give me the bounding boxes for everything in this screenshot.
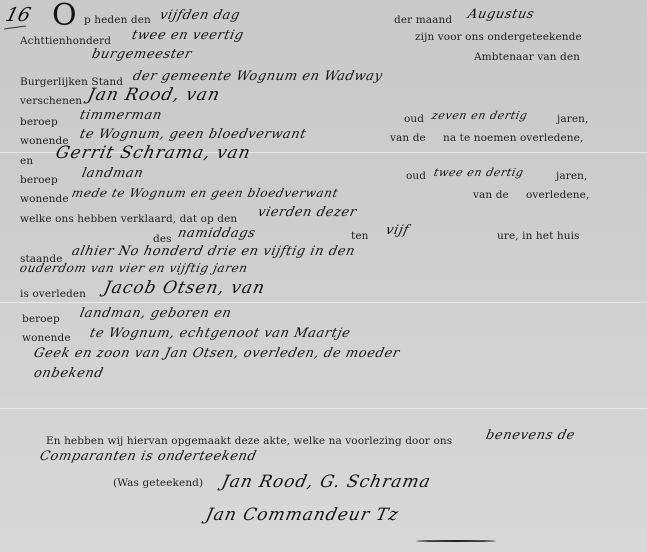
hw-day: vijfden dag [158,8,241,23]
signature-official: Jan Commandeur Tz [204,505,401,525]
label-zijn-voor-ons: zijn voor ons ondergeteekende [415,31,582,43]
label-wonende-3: wonende [22,332,71,344]
label-en: en [20,155,33,167]
hw-informant-2-age: twee en dertig [433,166,525,179]
hw-official: burgemeester [90,47,193,62]
hw-informant-1-age: zeven en dertig [431,109,529,122]
signature-flourish [416,540,496,542]
hw-deceased-name: Jacob Otsen, van [102,278,267,298]
hw-informant-2-residence: mede te Wognum en geen bloedverwant [71,186,340,200]
label-van-de-2: van de [473,189,509,201]
label-van-de-1: van de [390,132,426,144]
hw-deceased-occupation: landman, geboren en [78,306,233,321]
hw-time-of-day: namiddags [176,226,257,241]
label-achttienhonderd: Achttienhonderd [20,35,111,47]
paper-line [0,302,647,303]
hw-hour: vijf [384,223,410,238]
hw-closing-1: benevens de [484,428,576,443]
underline [4,25,26,29]
hw-informant-1-occupation: timmerman [78,108,163,123]
hw-deceased-residence-1: te Wognum, echtgenoot van Maartje [88,326,352,341]
hw-closing-2: Comparanten is onderteekend [38,449,258,464]
label-op-heden: p heden den [84,14,151,26]
label-beroep-2: beroep [20,174,58,186]
label-jaren-2: jaren, [556,170,587,182]
label-welke-ons: welke ons hebben verklaard, dat op den [20,213,237,225]
hw-informant-1-residence: te Wognum, geen bloedverwant [78,127,307,142]
label-overledene-2: overledene, [526,189,589,201]
label-closing: En hebben wij hiervan opgemaakt deze akt… [46,435,452,447]
hw-year: twee en veertig [130,28,245,43]
hw-deceased-residence-2: Geek en zoon van Jan Otsen, overleden, d… [32,346,401,361]
label-verschenen: verschenen [20,95,82,107]
label-ambtenaar: Ambtenaar van den [474,51,580,63]
hw-informant-2-occupation: landman [80,166,144,181]
hw-informant-2-name: Gerrit Schrama, van [54,143,253,163]
label-na-te-noemen: na te noemen overledene, [443,132,583,144]
label-der-maand: der maand [394,14,452,26]
label-wonende-2: wonende [20,193,69,205]
hw-date-of-death: vierden dezer [256,205,358,220]
paper-line [0,408,647,409]
signature-informants: Jan Rood, G. Schrama [220,472,433,492]
label-was-geteekend: (Was geteekend) [113,477,203,489]
hw-informant-1-name: Jan Rood, van [86,85,222,105]
death-certificate-page: 16 O p heden den vijfden dag der maand A… [0,0,647,552]
hw-month: Augustus [466,7,535,22]
label-ten: ten [351,230,369,242]
label-is-overleden: is overleden [20,288,86,300]
hw-house-line-2: ouderdom van vier en vijftig jaren [19,261,250,275]
label-oud-1: oud [404,113,424,125]
label-oud-2: oud [406,170,426,182]
hw-deceased-residence-3: onbekend [32,366,104,381]
label-beroep-1: beroep [20,116,58,128]
label-jaren-1: jaren, [557,113,588,125]
hw-house-line-1: alhier No honderd drie en vijftig in den [70,244,356,259]
initial-letter: O [52,0,77,33]
hw-municipality: der gemeente Wognum en Wadway [131,69,384,84]
act-number: 16 [3,4,33,26]
label-ure: ure, in het huis [497,230,580,242]
label-beroep-3: beroep [22,313,60,325]
